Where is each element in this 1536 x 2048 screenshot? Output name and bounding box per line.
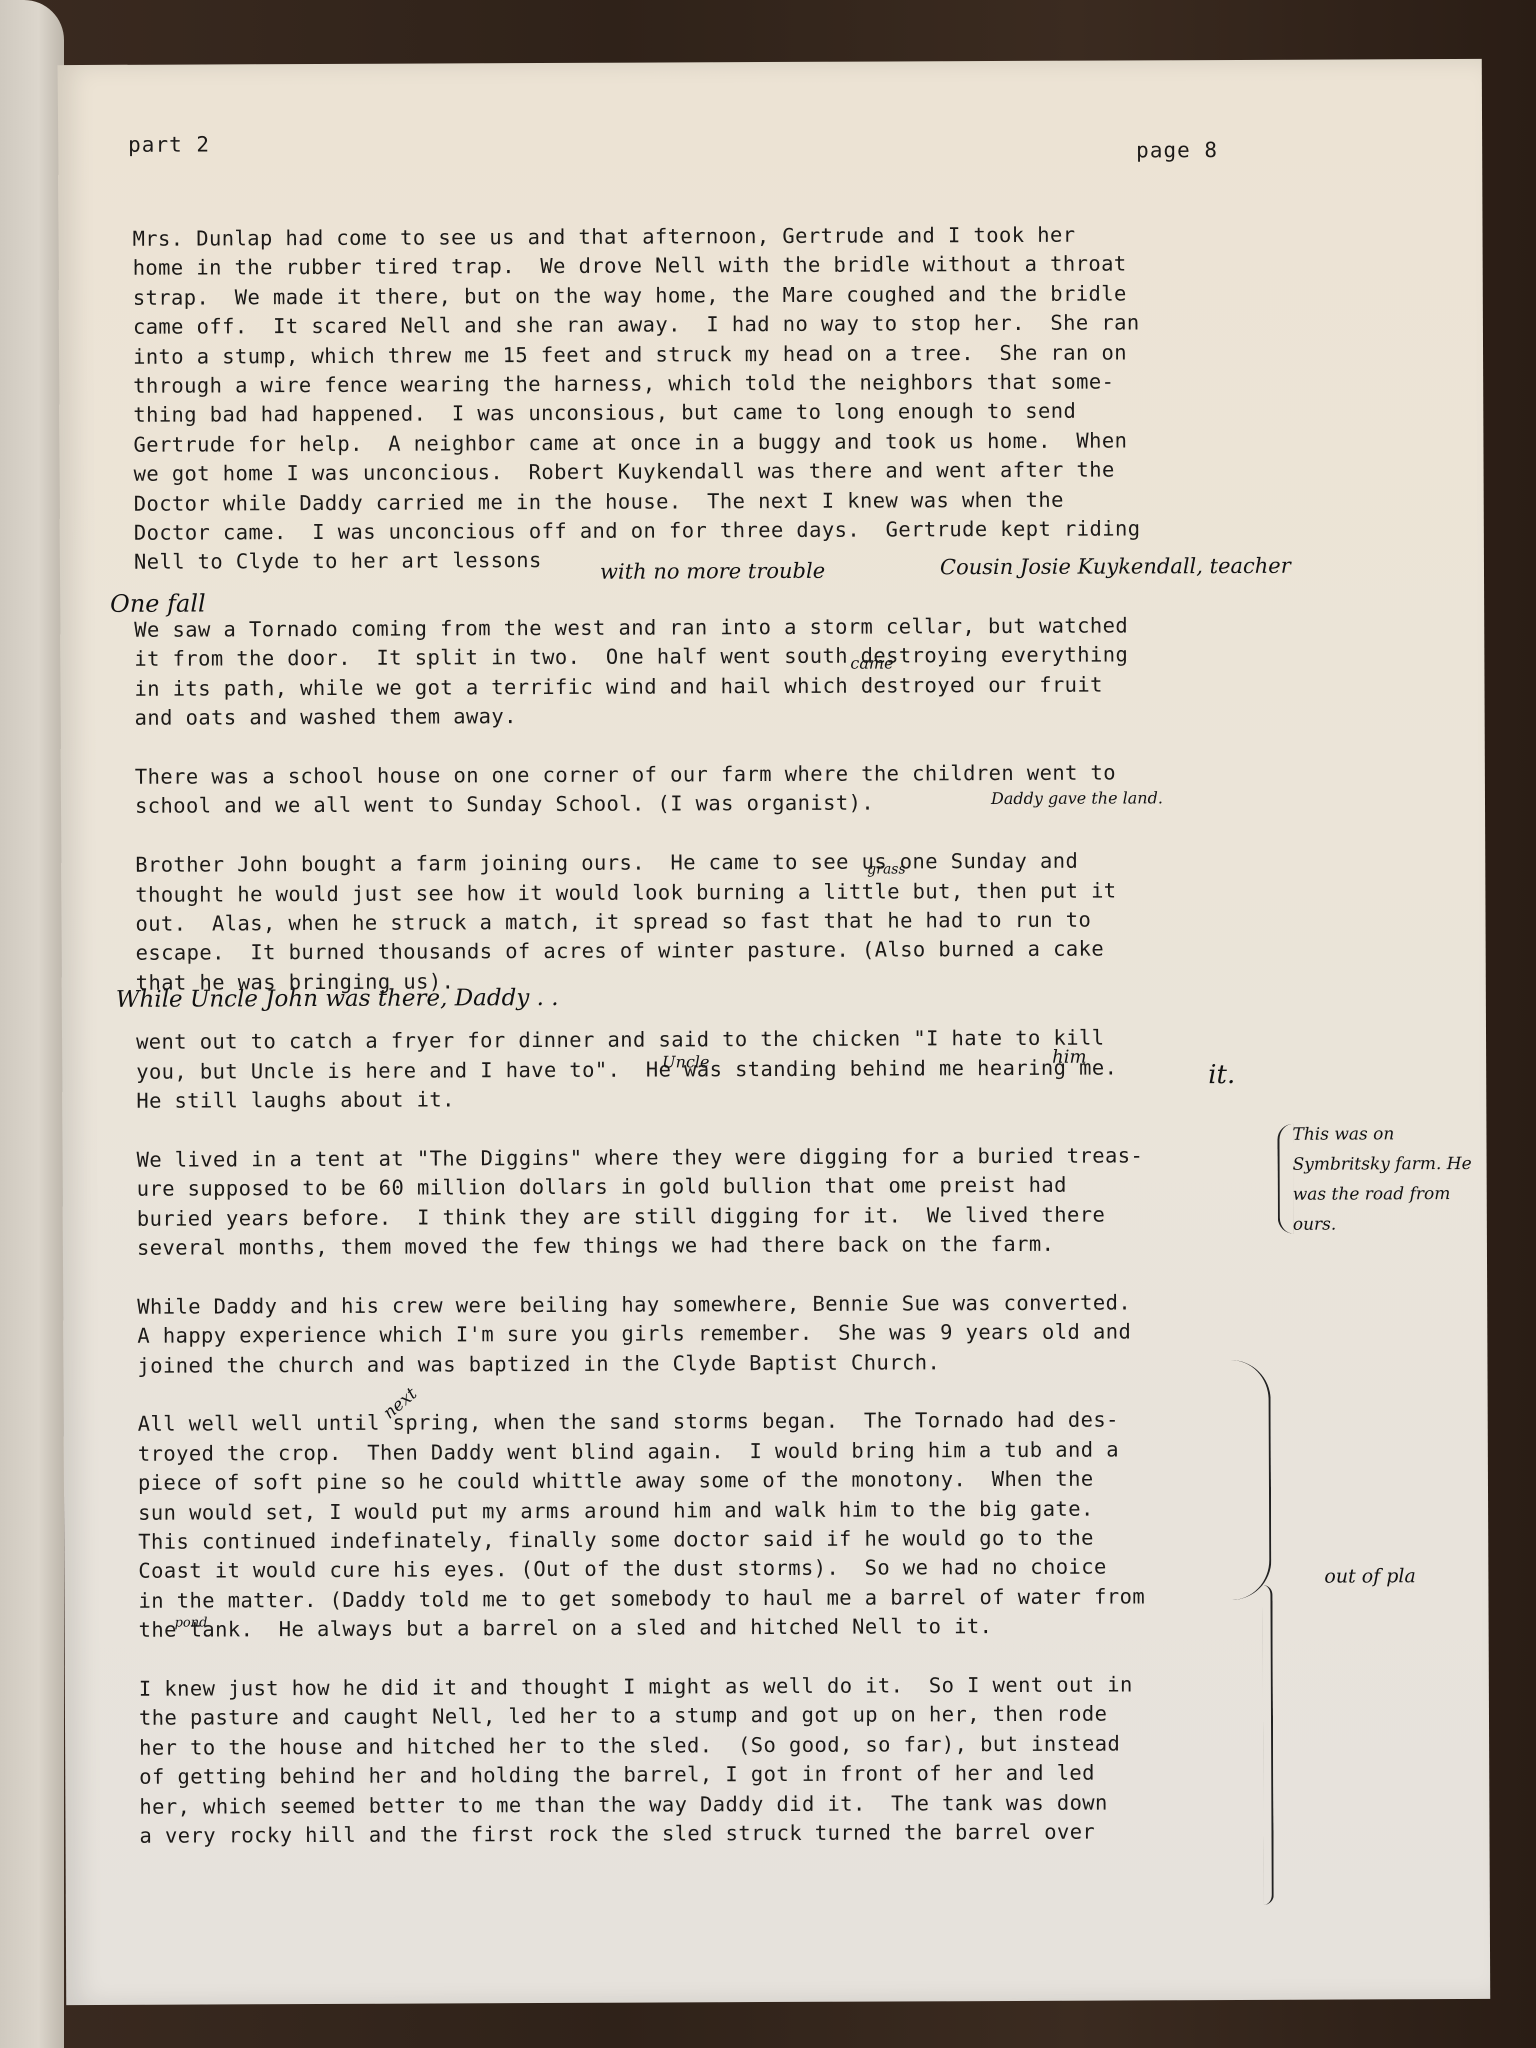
paragraph: went out to catch a fryer for dinner and… <box>136 1023 1336 1116</box>
text-line: joined the church and was baptized in th… <box>137 1346 1337 1381</box>
text-line: the tank. He always but a barrel on a sl… <box>139 1611 1339 1646</box>
text-line: several months, them moved the few thing… <box>137 1228 1337 1263</box>
text-line: He still laughs about it. <box>136 1081 1336 1116</box>
annotation-it: it. <box>1208 1060 1235 1090</box>
paragraph: We saw a Tornado coming from the west an… <box>134 610 1335 733</box>
margin-vertical-line <box>1262 1585 1273 1905</box>
annotation-cousin-teacher: Cousin Josie Kuykendall, teacher <box>940 554 1291 580</box>
annotation-while-uncle-john: While Uncle John was there, Daddy . . <box>116 985 559 1013</box>
paragraph: Mrs. Dunlap had come to see us and that … <box>132 220 1334 578</box>
margin-brace <box>1277 1124 1293 1234</box>
margin-curve-mark <box>1228 1360 1271 1600</box>
annotation-uncle: Uncle <box>662 1052 709 1071</box>
annotation-grass: grass <box>867 861 905 877</box>
annotation-out-of-place: out of pla <box>1324 1565 1416 1587</box>
page-number: page 8 <box>1136 138 1218 162</box>
document-page: part 2 page 8 Mrs. Dunlap had come to se… <box>58 59 1490 2005</box>
paragraph: All well well until spring, when the san… <box>138 1405 1339 1645</box>
annotation-him: him <box>1052 1047 1087 1068</box>
text-line: a very rocky hill and the first rock the… <box>139 1817 1339 1852</box>
annotation-no-more-trouble: with no more trouble <box>600 559 825 584</box>
body-text: Mrs. Dunlap had come to see us and that … <box>132 220 1339 1881</box>
paragraph: While Daddy and his crew were beiling ha… <box>137 1287 1337 1380</box>
paragraph: I knew just how he did it and thought I … <box>139 1670 1340 1852</box>
annotation-one-fall: One fall <box>110 589 206 617</box>
facing-page-edge <box>0 0 64 2048</box>
text-line: and oats and washed them away. <box>135 699 1335 734</box>
annotation-daddy-gave-land: Daddy gave the land. <box>991 788 1163 808</box>
part-label: part 2 <box>128 132 210 156</box>
annotation-margin-diggins: This was on Symbritsky farm. He was the … <box>1292 1119 1473 1240</box>
annotation-pond: pond <box>175 1615 208 1630</box>
annotation-came: came <box>850 653 893 672</box>
paragraph: We lived in a tent at "The Diggins" wher… <box>136 1140 1337 1263</box>
paragraph: Brother John bought a farm joining ours.… <box>135 846 1336 998</box>
